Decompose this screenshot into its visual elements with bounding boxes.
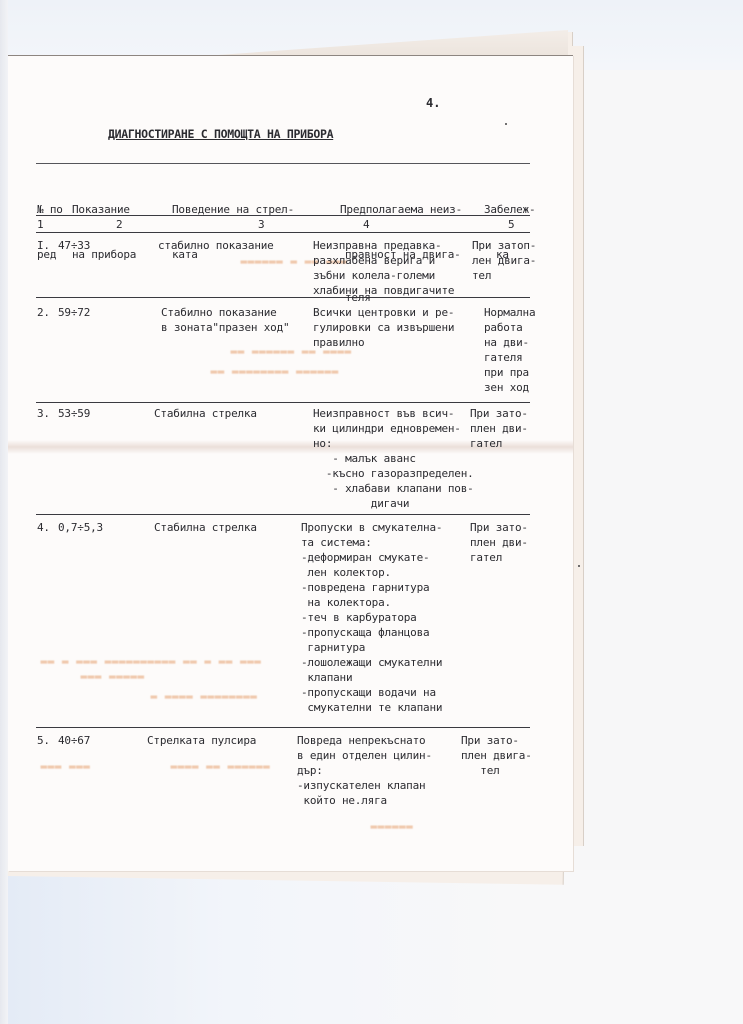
remark-line: При зато- — [470, 406, 528, 421]
remark: При зато-плен двига- тел — [461, 733, 532, 778]
probable-fault-line: -късно газоразпределен. — [313, 466, 474, 481]
row-rule — [36, 402, 530, 403]
header-col-2: Показание на прибора — [72, 172, 136, 292]
probable-fault-line: гулировки са извършени — [313, 320, 454, 335]
probable-fault-line: -изпускателен клапан — [297, 778, 432, 793]
remark-line: зен ход — [484, 380, 535, 395]
remark-line: плен дви- — [470, 535, 528, 550]
remark-line: гател — [470, 436, 528, 451]
probable-fault-line: в един отделен цилин- — [297, 748, 432, 763]
header-line: Показание — [72, 202, 136, 217]
instrument-reading: 59÷72 — [58, 305, 90, 320]
row-rule — [36, 514, 530, 515]
remark-line: тел — [472, 268, 536, 283]
row-number: I. — [37, 238, 50, 253]
probable-fault: Всички центровки и ре-гулировки са извър… — [313, 305, 454, 350]
probable-fault-line: Пропуски в смукателна- — [301, 520, 442, 535]
instrument-reading-line: 40÷67 — [58, 733, 90, 748]
header-line: № по — [37, 202, 63, 217]
probable-fault-line: дър: — [297, 763, 432, 778]
remark: При зато-плен дви-гател — [470, 520, 528, 565]
probable-fault-line: но: — [313, 436, 474, 451]
probable-fault: Неизправна предавка-разхлабена верига из… — [313, 238, 454, 298]
header-line: Поведение на стрел- — [172, 202, 294, 217]
needle-behavior-line: Стрелката пулсира — [147, 733, 256, 748]
needle-behavior-line: в зоната"празен ход" — [161, 320, 289, 335]
page-number: 4. — [426, 96, 440, 110]
header-col-3: Поведение на стрел- ката — [172, 172, 294, 292]
needle-behavior: стабилно показание — [158, 238, 274, 253]
probable-fault-line: дигачи — [313, 496, 474, 511]
needle-behavior: Стабилна стрелка — [154, 406, 257, 421]
needle-behavior-line: Стабилна стрелка — [154, 520, 257, 535]
probable-fault-line: та система: — [301, 535, 442, 550]
remark-line: лен двига- — [472, 253, 536, 268]
instrument-reading-line: 47÷33 — [58, 238, 90, 253]
column-number: 2 — [116, 218, 123, 231]
remark-line: работа — [484, 320, 535, 335]
instrument-reading-line: 59÷72 — [58, 305, 90, 320]
probable-fault-line: -пропускащи водачи на — [301, 685, 442, 700]
needle-behavior-line: стабилно показание — [158, 238, 274, 253]
scanner-background-bottom — [8, 870, 743, 1024]
header-line: Забележ- — [484, 202, 535, 217]
instrument-reading: 47÷33 — [58, 238, 90, 253]
row-rule — [36, 727, 530, 728]
probable-fault-line: правилно — [313, 335, 454, 350]
row-number: 3. — [37, 406, 50, 421]
probable-fault-line: -деформиран смукате- — [301, 550, 442, 565]
remark-line: плен дви- — [470, 421, 528, 436]
probable-fault-line: гарнитура — [301, 640, 442, 655]
row-number-line: 3. — [37, 406, 50, 421]
remark: При зато-плен дви-гател — [470, 406, 528, 451]
probable-fault-line: -теч в карбуратора — [301, 610, 442, 625]
needle-behavior: Стабилна стрелка — [154, 520, 257, 535]
needle-behavior: Стрелката пулсира — [147, 733, 256, 748]
probable-fault-line: смукателни те клапани — [301, 700, 442, 715]
instrument-reading-line: 53÷59 — [58, 406, 90, 421]
remark-line: плен двига- — [461, 748, 532, 763]
remark-line: при пра — [484, 365, 535, 380]
probable-fault-line: клапани — [301, 670, 442, 685]
speck — [578, 565, 580, 567]
probable-fault-line: -повредена гарнитура — [301, 580, 442, 595]
row-number-line: I. — [37, 238, 50, 253]
column-number: 4 — [363, 218, 370, 231]
probable-fault-line: Неизправност във всич- — [313, 406, 474, 421]
probable-fault: Повреда непрекъснатов един отделен цилин… — [297, 733, 432, 808]
probable-fault-line: ки цилиндри едновремен- — [313, 421, 474, 436]
column-number: 3 — [258, 218, 265, 231]
remark-line: При затоп- — [472, 238, 536, 253]
row-number: 2. — [37, 305, 50, 320]
needle-behavior-line: Стабилна стрелка — [154, 406, 257, 421]
probable-fault-line: -пропускаща фланцова — [301, 625, 442, 640]
header-line: Предполагаема неиз- — [340, 202, 462, 217]
remark-line: на дви- — [484, 335, 535, 350]
instrument-reading: 53÷59 — [58, 406, 90, 421]
remark: При затоп-лен двига-тел — [472, 238, 536, 283]
probable-fault-line: Повреда непрекъснато — [297, 733, 432, 748]
probable-fault-line: зъбни колела-големи — [313, 268, 454, 283]
probable-fault-line: на колектора. — [301, 595, 442, 610]
instrument-reading: 0,7÷5,3 — [58, 520, 103, 535]
probable-fault-line: който не.ляга — [297, 793, 432, 808]
remark-line: гателя — [484, 350, 535, 365]
instrument-reading: 40÷67 — [58, 733, 90, 748]
needle-behavior: Стабилно показаниев зоната"празен ход" — [161, 305, 289, 335]
needle-behavior-line: Стабилно показание — [161, 305, 289, 320]
row-number: 5. — [37, 733, 50, 748]
probable-fault-line: хлабини на повдигачите — [313, 283, 454, 298]
remark-line: гател — [470, 550, 528, 565]
column-number: 1 — [37, 218, 44, 231]
probable-fault-line: - хлабави клапани пов- — [313, 481, 474, 496]
remark-line: При зато- — [461, 733, 532, 748]
document-title: ДИАГНОСТИРАНЕ С ПОМОЩТА НА ПРИБОРА — [108, 127, 333, 141]
speck — [505, 123, 507, 125]
remark-line: При зато- — [470, 520, 528, 535]
remark: Нормалнаработана дви-гателяпри празен хо… — [484, 305, 535, 395]
probable-fault: Неизправност във всич-ки цилиндри едновр… — [313, 406, 474, 511]
remark-line: Нормална — [484, 305, 535, 320]
probable-fault-line: -лошолежащи смукателни — [301, 655, 442, 670]
probable-fault-line: разхлабена верига и — [313, 253, 454, 268]
row-number-line: 4. — [37, 520, 50, 535]
row-number-line: 2. — [37, 305, 50, 320]
row-number-line: 5. — [37, 733, 50, 748]
column-number: 5 — [508, 218, 515, 231]
header-col-1: № по ред — [37, 172, 63, 292]
table-top-rule — [36, 163, 530, 164]
instrument-reading-line: 0,7÷5,3 — [58, 520, 103, 535]
probable-fault-line: лен колектор. — [301, 565, 442, 580]
row-number: 4. — [37, 520, 50, 535]
remark-line: тел — [461, 763, 532, 778]
probable-fault-line: Неизправна предавка- — [313, 238, 454, 253]
probable-fault-line: - малък аванс — [313, 451, 474, 466]
probable-fault: Пропуски в смукателна-та система:-деформ… — [301, 520, 442, 715]
probable-fault-line: Всички центровки и ре- — [313, 305, 454, 320]
